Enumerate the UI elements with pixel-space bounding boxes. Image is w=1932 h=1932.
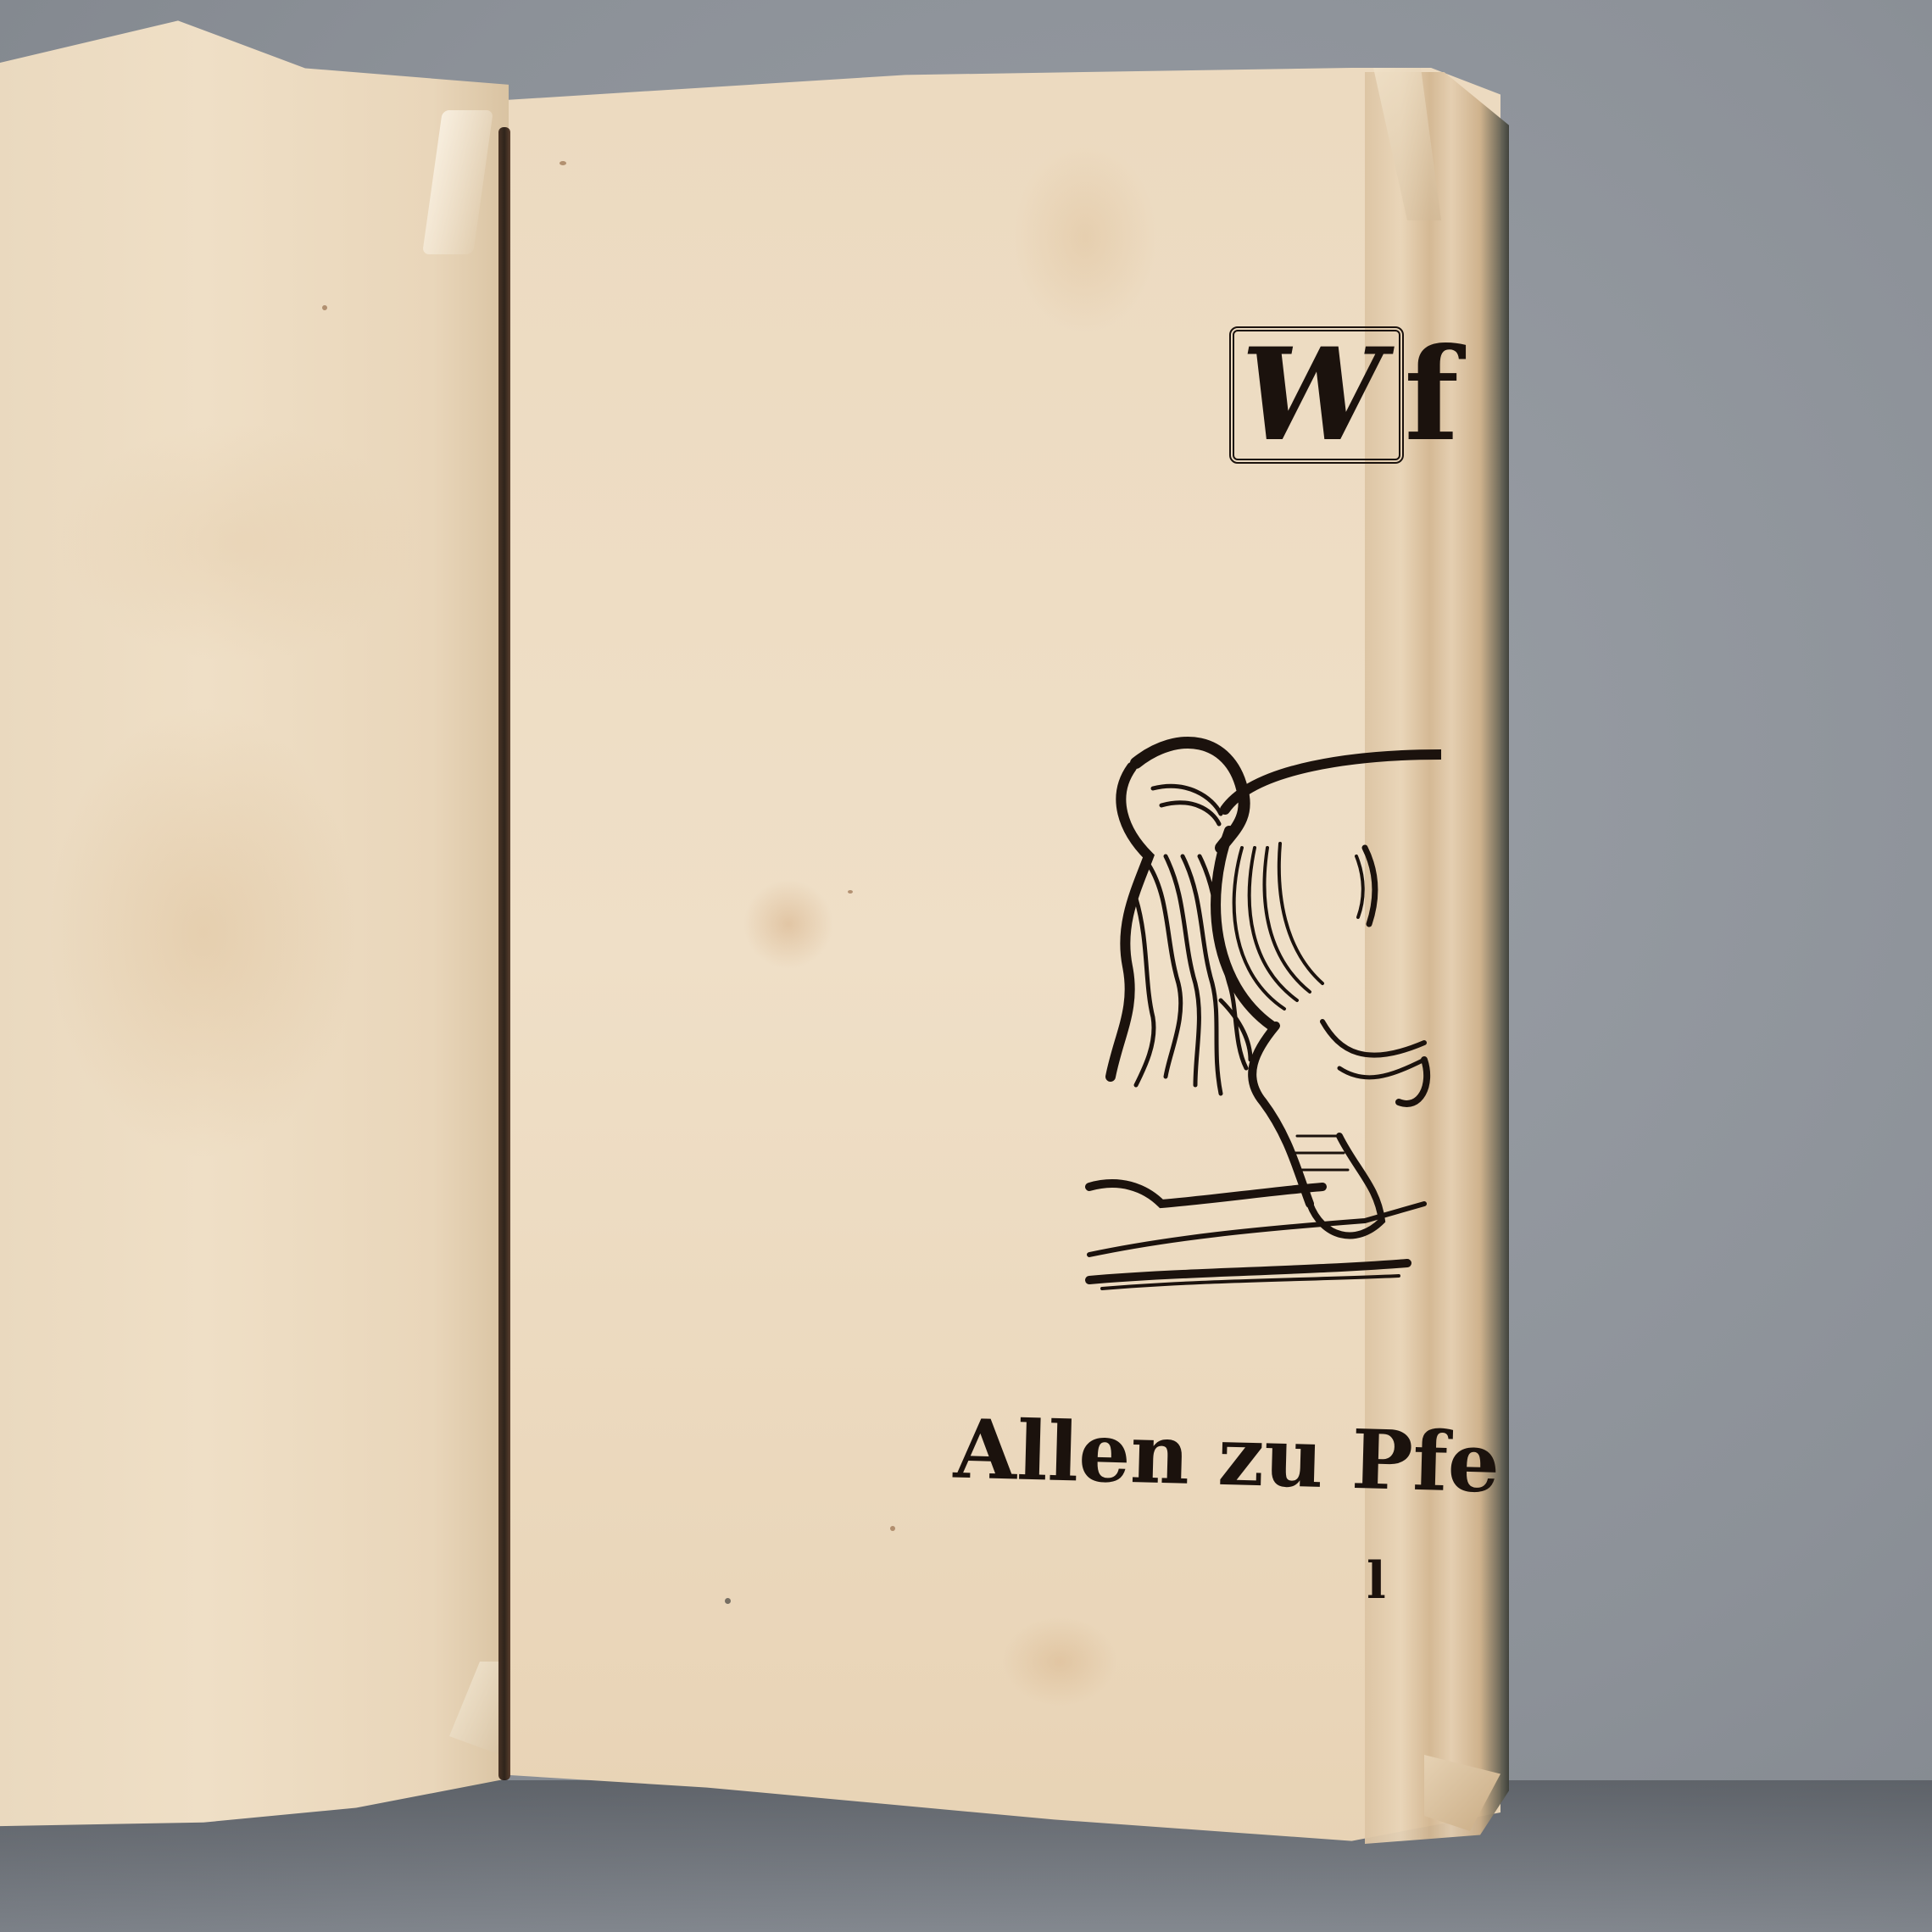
foxing-speck xyxy=(560,161,566,165)
decorated-initial: W xyxy=(1229,326,1404,464)
foxing-speck xyxy=(848,890,853,894)
book-gutter xyxy=(498,127,510,1780)
foxing-speck xyxy=(322,305,327,310)
foxing-speck xyxy=(890,1526,895,1531)
heading-rest: f xyxy=(1404,320,1467,470)
caption-fragment: Allen zu Pfe xyxy=(953,1409,1501,1505)
stray-type-mark: l xyxy=(1367,1551,1386,1611)
horse-woodcut-icon xyxy=(1085,729,1441,1373)
left-page xyxy=(0,17,509,1848)
heading-fragment: Wf xyxy=(1229,326,1467,464)
foxing-speck xyxy=(725,1598,731,1604)
